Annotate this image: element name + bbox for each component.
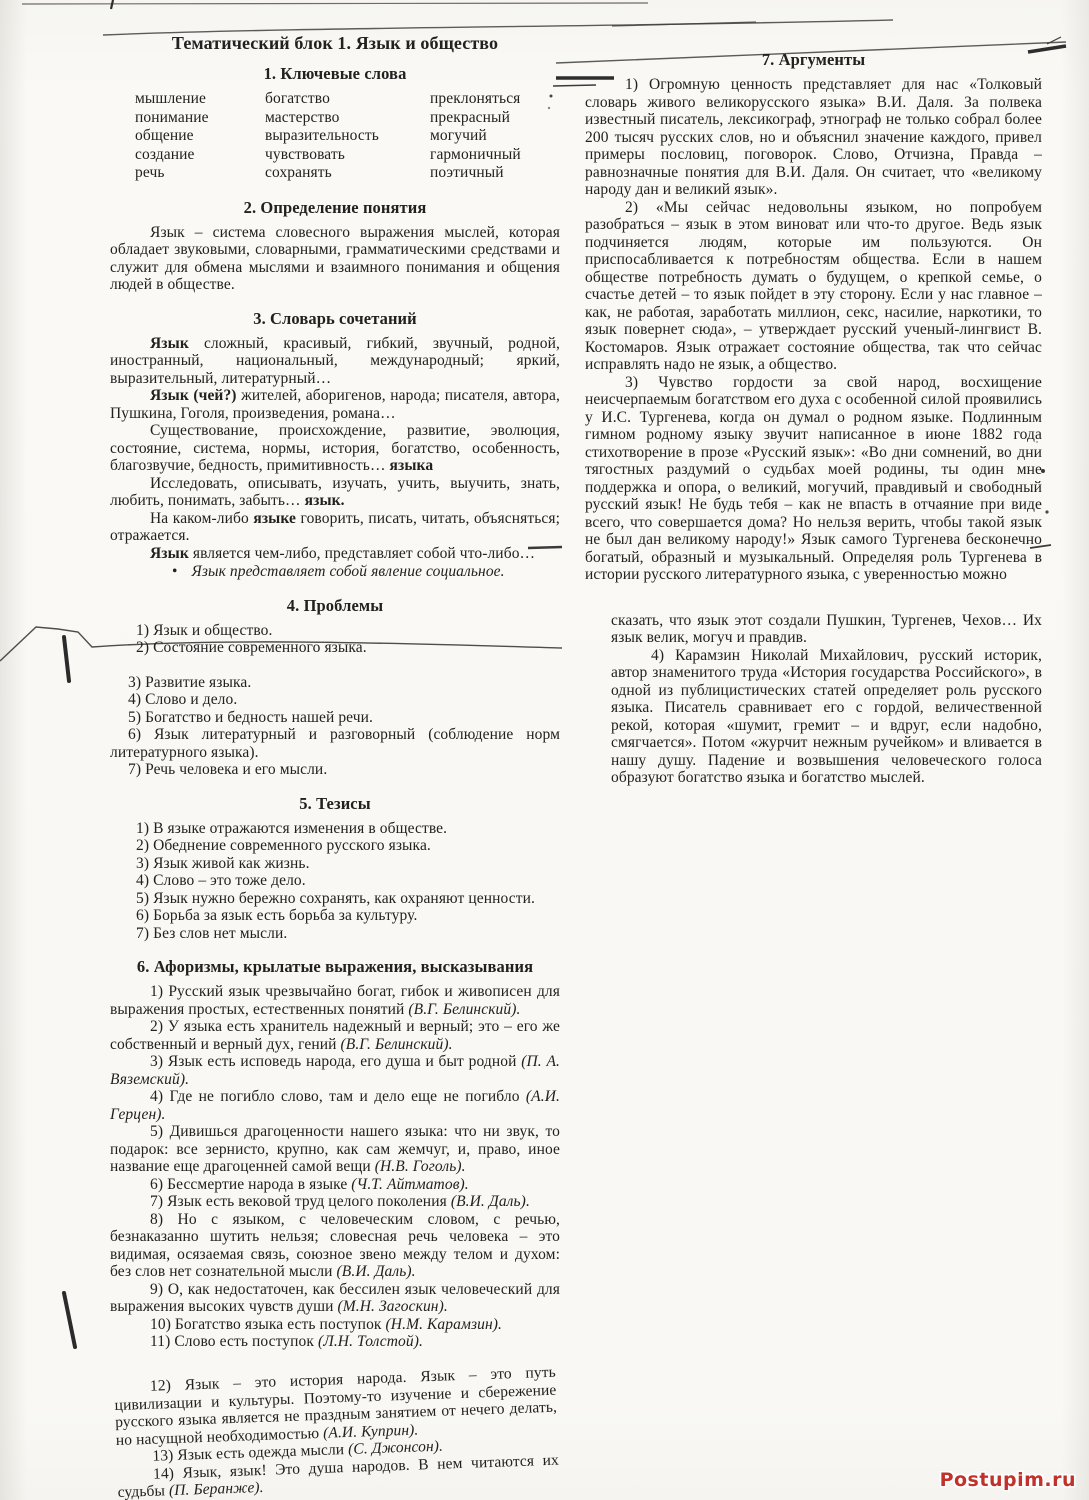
list-item: 3) Развитие языка.: [110, 674, 560, 692]
section-heading-problems: 4. Проблемы: [110, 596, 560, 616]
problems-after-fold: 3) Развитие языка. 4) Слово и дело. 5) Б…: [110, 674, 560, 779]
author-attribution: (С. Джонсон).: [348, 1437, 443, 1457]
section-heading-collocations: 3. Словарь сочетаний: [110, 309, 560, 329]
paragraph: Язык (чей?) жителей, аборигенов, народа;…: [110, 387, 560, 422]
aphorism-item: 8) Но с языком, с человеческим словом, с…: [110, 1211, 560, 1281]
text-run: является чем-либо, представляет собой чт…: [189, 545, 535, 562]
text-run: 11) Слово есть поступок: [150, 1333, 318, 1350]
scan-tick-top-left: [111, 0, 113, 9]
author-attribution: (Н.В. Гоголь).: [375, 1158, 466, 1175]
list-item: 2) Обеднение современного русского языка…: [110, 837, 560, 855]
list-item: 5) Язык нужно бережно сохранять, как охр…: [110, 890, 560, 908]
bold-term: Язык: [150, 545, 189, 562]
aphorisms-skewed-block: 12) Язык – это история народа. Язык – эт…: [114, 1363, 560, 1500]
arguments-shifted-block: сказать, что язык этот создали Пушкин, Т…: [611, 612, 1042, 787]
author-attribution: (Ч.Т. Айтматов).: [351, 1176, 468, 1193]
aphorism-item: 10) Богатство языка есть поступок (Н.М. …: [110, 1316, 560, 1334]
section-definition: 2. Определение понятия Язык – система сл…: [110, 198, 560, 294]
aphorism-item: 2) У языка есть хранитель надежный и вер…: [110, 1018, 560, 1053]
argument-paragraph: 4) Карамзин Николай Михайлович, русский …: [611, 647, 1042, 787]
section-aphorisms: 6. Афоризмы, крылатые выражения, высказы…: [110, 957, 560, 1500]
aphorism-item: 3) Язык есть исповедь народа, его душа и…: [110, 1053, 560, 1088]
section-heading-aphorisms: 6. Афоризмы, крылатые выражения, высказы…: [110, 957, 560, 977]
list-item: 5) Богатство и бедность нашей речи.: [110, 709, 560, 727]
aphorism-item: 7) Язык есть вековой труд целого поколен…: [110, 1193, 560, 1211]
scan-edge-line-top: [22, 3, 648, 4]
list-item: 1) Язык и общество.: [110, 622, 560, 640]
author-attribution: (В.И. Даль).: [451, 1193, 530, 1210]
key-word: гармоничный: [430, 146, 560, 165]
section-collocations: 3. Словарь сочетаний Язык сложный, краси…: [110, 309, 560, 581]
key-word: преклоняться: [430, 90, 560, 109]
scanned-document-page: Тематический блок 1. Язык и общество 1. …: [0, 0, 1089, 1500]
key-words-column-3: преклоняться прекрасный могучий гармонич…: [430, 90, 560, 183]
text-run: 9) О, как недостаточен, как бессилен язы…: [110, 1281, 560, 1316]
list-item: 3) Язык живой как жизнь.: [110, 855, 560, 873]
right-column: 7. Аргументы 1) Огромную ценность предст…: [585, 44, 1042, 787]
author-attribution: (В.Г. Белинский).: [408, 1001, 520, 1018]
scan-vertical-stroke-1: [64, 637, 69, 681]
author-attribution: (П. Беранже).: [169, 1478, 264, 1498]
aphorism-item: 5) Дивишься драгоценности нашего языка: …: [110, 1123, 560, 1176]
argument-paragraph: 2) «Мы сейчас недовольны языком, но попр…: [585, 199, 1042, 374]
author-attribution: (В.Г. Белинский).: [341, 1036, 453, 1053]
key-word: чувствовать: [265, 146, 430, 165]
list-item: 6) Язык литературный и разговорный (собл…: [110, 726, 560, 761]
key-word: сохранять: [265, 164, 430, 183]
author-attribution: (А.И. Куприн).: [323, 1420, 419, 1440]
author-attribution: (Н.М. Карамзин).: [386, 1316, 502, 1333]
list-item: 2) Состояние современного языка.: [110, 639, 560, 657]
scan-line-top-right-short: [612, 22, 756, 26]
text-run: 3) Язык есть исповедь народа, его душа и…: [150, 1053, 521, 1070]
aphorism-item: 6) Бессмертие народа в языке (Ч.Т. Айтма…: [110, 1176, 560, 1194]
section-heading-key-words: 1. Ключевые слова: [110, 64, 560, 84]
list-item: 4) Слово и дело.: [110, 691, 560, 709]
author-attribution: (В.И. Даль).: [337, 1263, 416, 1280]
paragraph: Существование, происхождение, развитие, …: [110, 422, 560, 475]
key-word: поэтичный: [430, 164, 560, 183]
bold-term: Язык (чей?): [150, 387, 237, 404]
key-words-columns: мышление понимание общение создание речь…: [135, 90, 560, 183]
aphorism-item: 9) О, как недостаточен, как бессилен язы…: [110, 1281, 560, 1316]
section-heading-theses: 5. Тезисы: [110, 794, 560, 814]
key-word: богатство: [265, 90, 430, 109]
section-arguments: 7. Аргументы 1) Огромную ценность предст…: [585, 50, 1042, 787]
aphorism-item: 1) Русский язык чрезвычайно богат, гибок…: [110, 983, 560, 1018]
left-column: Тематический блок 1. Язык и общество 1. …: [110, 32, 560, 1500]
section-heading-arguments: 7. Аргументы: [585, 50, 1042, 70]
key-word: мастерство: [265, 109, 430, 128]
scan-arrow-tick-right: [1047, 37, 1061, 44]
scan-speck-4: [1045, 510, 1048, 513]
paragraph: Исследовать, описывать, изучать, учить, …: [110, 475, 560, 510]
author-attribution: (Л.Н. Толстой).: [318, 1333, 423, 1350]
text-run: 10) Богатство языка есть поступок: [150, 1316, 386, 1333]
text-run: На каком-либо: [150, 510, 253, 527]
section-heading-definition: 2. Определение понятия: [110, 198, 560, 218]
text-run: 2) У языка есть хранитель надежный и вер…: [110, 1018, 560, 1053]
text-run: 7) Язык есть вековой труд целого поколен…: [150, 1193, 451, 1210]
aphorism-item: 4) Где не погибло слово, там и дело еще …: [110, 1088, 560, 1123]
list-item: 7) Речь человека и его мысли.: [110, 761, 560, 779]
key-word: выразительность: [265, 127, 430, 146]
list-item: 4) Слово – это тоже дело.: [110, 872, 560, 890]
paragraph: Язык является чем-либо, представляет соб…: [110, 545, 560, 563]
scan-vertical-stroke-2: [64, 1293, 75, 1347]
list-item: 7) Без слов нет мысли.: [110, 925, 560, 943]
author-attribution: (М.Н. Загоскин).: [338, 1298, 448, 1315]
bold-term: языка: [390, 457, 434, 474]
paragraph: Язык сложный, красивый, гибкий, звучный,…: [110, 335, 560, 388]
key-words-column-1: мышление понимание общение создание речь: [135, 90, 265, 183]
key-word: общение: [135, 127, 265, 146]
section-problems: 4. Проблемы 1) Язык и общество. 2) Состо…: [110, 596, 560, 779]
section-theses: 5. Тезисы 1) В языке отражаются изменени…: [110, 794, 560, 943]
paragraph: Язык – система словесного выражения мысл…: [110, 224, 560, 294]
watermark: Postupim.ru: [940, 1469, 1076, 1491]
bullet-text: Язык представляет собой явление социальн…: [192, 563, 505, 580]
bold-term: язык.: [305, 492, 345, 509]
text-run: 8) Но с языком, с человеческим словом, с…: [110, 1211, 560, 1281]
key-word: создание: [135, 146, 265, 165]
section-key-words: 1. Ключевые слова мышление понимание общ…: [110, 64, 560, 183]
paragraph: На каком-либо языке говорить, писать, чи…: [110, 510, 560, 545]
page-title: Тематический блок 1. Язык и общество: [110, 32, 560, 54]
key-word: речь: [135, 164, 265, 183]
argument-paragraph-continuation: сказать, что язык этот создали Пушкин, Т…: [611, 612, 1042, 647]
text-run: 5) Дивишься драгоценности нашего языка: …: [110, 1123, 560, 1175]
key-words-column-2: богатство мастерство выразительность чув…: [265, 90, 430, 183]
aphorism-item: 11) Слово есть поступок (Л.Н. Толстой).: [110, 1333, 560, 1351]
bold-term: Язык: [150, 335, 189, 352]
argument-paragraph: 3) Чувство гордости за свой народ, восхи…: [585, 374, 1042, 584]
key-word: мышление: [135, 90, 265, 109]
text-run: 6) Бессмертие народа в языке: [150, 1176, 351, 1193]
bullet-marker: •: [172, 563, 178, 580]
key-word: могучий: [430, 127, 560, 146]
list-item: 1) В языке отражаются изменения в общест…: [110, 820, 560, 838]
bold-term: языке: [253, 510, 296, 527]
list-item: 6) Борьба за язык есть борьба за культур…: [110, 907, 560, 925]
text-run: Существование, происхождение, развитие, …: [110, 422, 560, 474]
text-run: 4) Где не погибло слово, там и дело еще …: [150, 1088, 526, 1105]
argument-paragraph: 1) Огромную ценность представляет для на…: [585, 76, 1042, 199]
bullet-item: •Язык представляет собой явление социаль…: [172, 563, 560, 581]
key-word: прекрасный: [430, 109, 560, 128]
key-word: понимание: [135, 109, 265, 128]
